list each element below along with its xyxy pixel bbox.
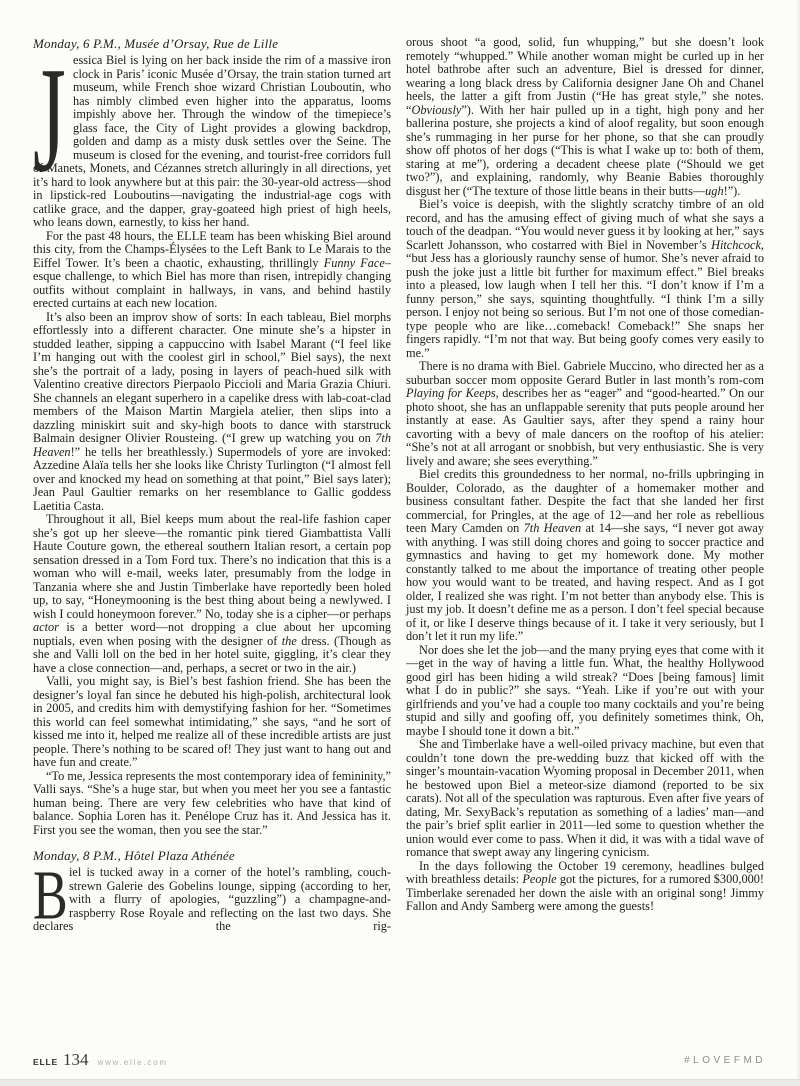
section-heading-2: Monday, 8 P.M., Hôtel Plaza Athénée [33, 848, 391, 863]
dropcap-b: B [33, 867, 62, 920]
paragraph-text: Biel credits this groundedness to her no… [406, 467, 764, 643]
dropcap-letter: B [33, 862, 68, 932]
elle-logo: ELLE [33, 1057, 58, 1067]
paragraph: Biel is tucked away in a corner of the h… [33, 866, 391, 934]
paragraph: Valli, you might say, is Biel’s best fas… [33, 675, 391, 770]
paragraph-text: orous shoot “a good, solid, fun whupping… [406, 35, 764, 198]
paragraph-text: Valli, you might say, is Biel’s best fas… [33, 674, 391, 769]
paragraph: Jessica Biel is lying on her back inside… [33, 54, 391, 230]
page-edge-shadow [796, 0, 800, 1086]
paragraph-text: It’s also been an improv show of sorts: … [33, 310, 391, 513]
article-columns: Monday, 6 P.M., Musée d’Orsay, Rue de Li… [33, 36, 764, 934]
magazine-page: Monday, 6 P.M., Musée d’Orsay, Rue de Li… [0, 0, 800, 1086]
website-url: www.elle.com [97, 1058, 168, 1067]
section-heading-1: Monday, 6 P.M., Musée d’Orsay, Rue de Li… [33, 36, 391, 51]
right-column: orous shoot “a good, solid, fun whupping… [406, 36, 764, 934]
paragraph: “To me, Jessica represents the most cont… [33, 770, 391, 838]
paragraph: In the days following the October 19 cer… [406, 860, 764, 914]
paragraph-text: iel is tucked away in a corner of the ho… [33, 865, 391, 933]
dropcap-letter: J [33, 46, 66, 197]
left-column: Monday, 6 P.M., Musée d’Orsay, Rue de Li… [33, 36, 391, 934]
page-bottom-edge [0, 1079, 800, 1086]
paragraph-text: Throughout it all, Biel keeps mum about … [33, 512, 391, 675]
footer-left: ELLE 134 www.elle.com [33, 1050, 168, 1070]
paragraph-text: She and Timberlake have a well-oiled pri… [406, 737, 764, 859]
paragraph-text: In the days following the October 19 cer… [406, 859, 764, 914]
paragraph-text: Biel’s voice is deepish, with the slight… [406, 197, 764, 360]
paragraph-text: There is no drama with Biel. Gabriele Mu… [406, 359, 764, 468]
paragraph: Nor does she let the job—and the many pr… [406, 644, 764, 739]
paragraph: For the past 48 hours, the ELLE team has… [33, 230, 391, 311]
dropcap-j: J [33, 55, 66, 161]
paragraph-text: essica Biel is lying on her back inside … [33, 53, 391, 229]
paragraph: It’s also been an improv show of sorts: … [33, 311, 391, 514]
paragraph-text: Nor does she let the job—and the many pr… [406, 643, 764, 738]
paragraph: Biel’s voice is deepish, with the slight… [406, 198, 764, 360]
paragraph: Throughout it all, Biel keeps mum about … [33, 513, 391, 675]
paragraph: She and Timberlake have a well-oiled pri… [406, 738, 764, 860]
hashtag-watermark: #LOVEFMD [684, 1055, 766, 1066]
paragraph-text: “To me, Jessica represents the most cont… [33, 769, 391, 837]
paragraph-text: For the past 48 hours, the ELLE team has… [33, 229, 391, 311]
paragraph: There is no drama with Biel. Gabriele Mu… [406, 360, 764, 468]
page-number: 134 [63, 1050, 89, 1070]
paragraph: orous shoot “a good, solid, fun whupping… [406, 36, 764, 198]
paragraph: Biel credits this groundedness to her no… [406, 468, 764, 644]
